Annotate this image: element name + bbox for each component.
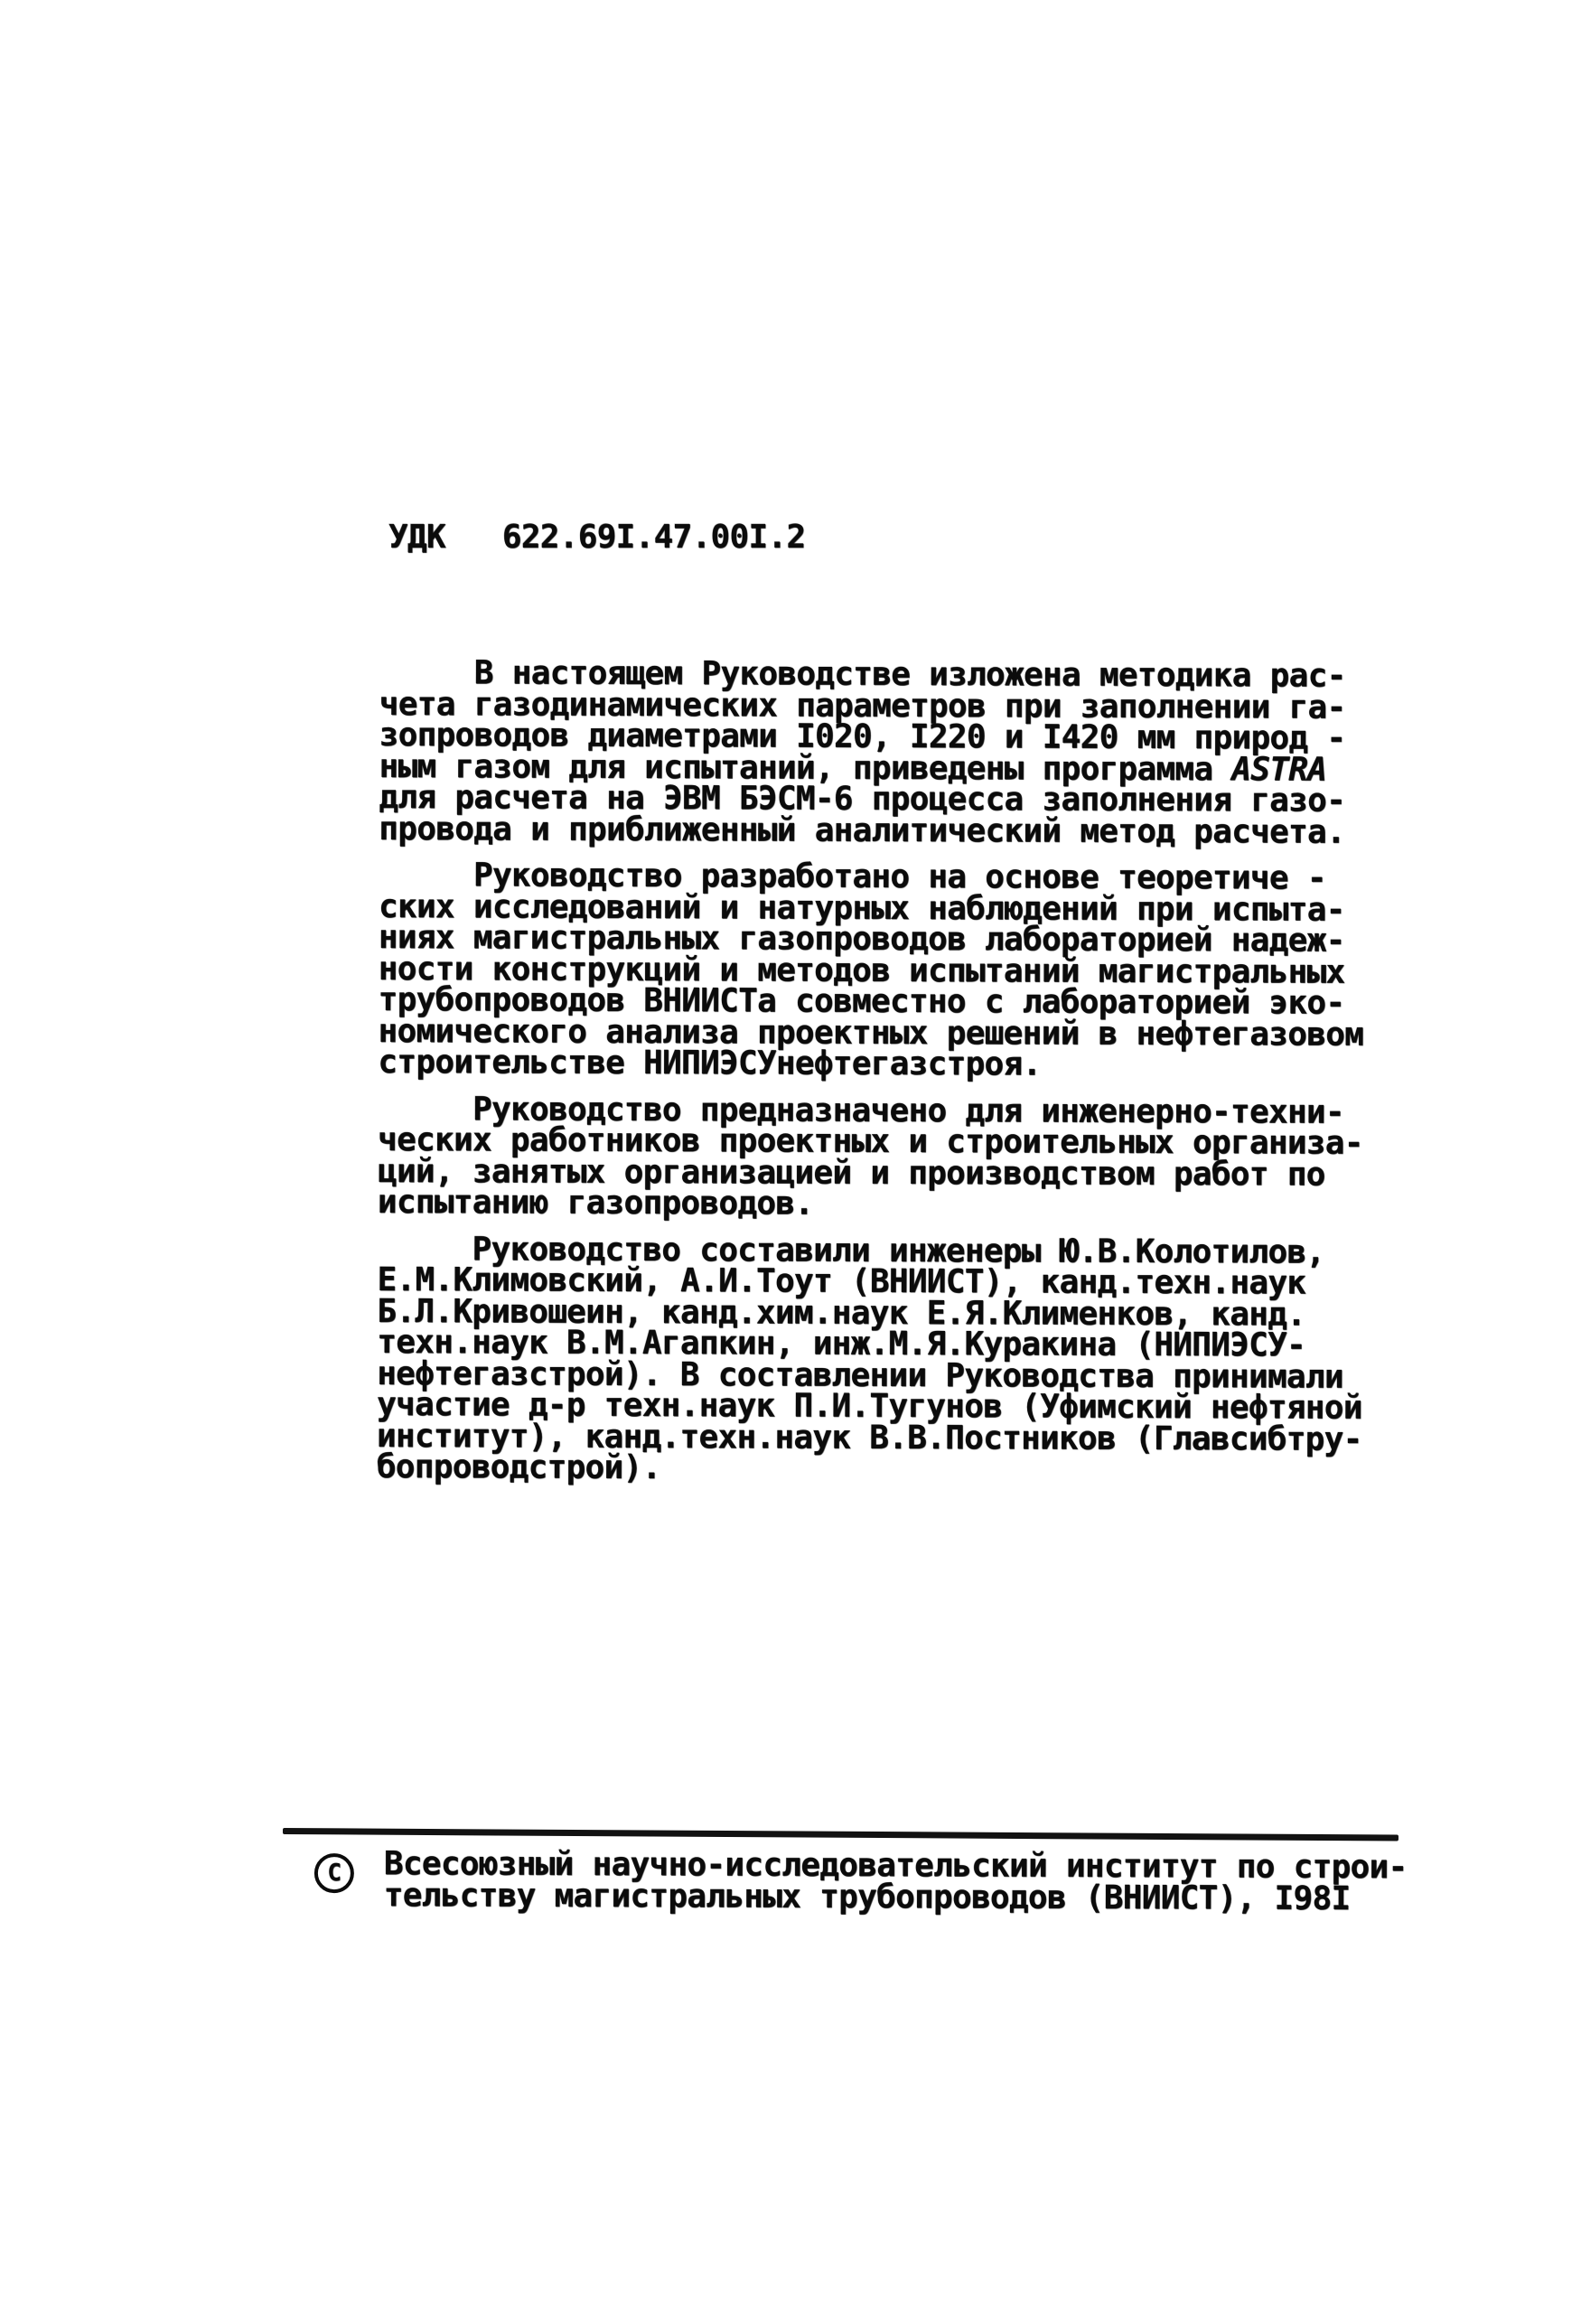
body-text: В настоящем Руководстве изложена методик… (377, 658, 1409, 1502)
copyright-text: Всесоюзный научно-исследовательский инст… (384, 1848, 1408, 1915)
paragraph-intended-audience: Руководство предназначено для инженерно-… (378, 1093, 1408, 1222)
document-page: УДК 622.69I.47.00I.2 В настоящем Руковод… (0, 0, 1581, 2324)
copyright-icon: С (314, 1853, 354, 1893)
paragraph-authors: Руководство составили инженеры Ю.В.Колот… (377, 1233, 1408, 1486)
paragraph-development-basis: Руководство разработано на основе теорет… (378, 860, 1408, 1082)
footer-divider (283, 1828, 1399, 1841)
udk-number: УДК 622.69I.47.00I.2 (388, 521, 805, 554)
copyright-letter: С (327, 1861, 341, 1885)
copyright-block: С Всесоюзный научно-исследовательский ин… (312, 1848, 1408, 1915)
paragraph-abstract: В настоящем Руководстве изложена методик… (379, 658, 1409, 848)
abstract-text-start: В настоящем Руководстве изложена методик… (379, 654, 1346, 788)
